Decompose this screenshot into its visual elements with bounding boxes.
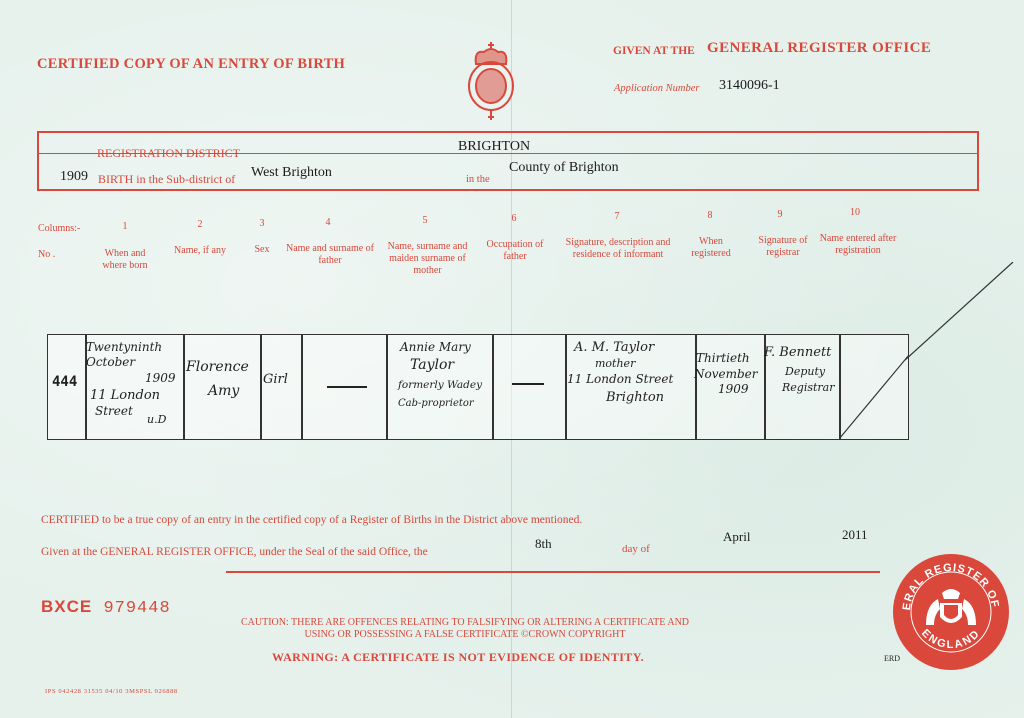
informant-address: 11 London Street bbox=[567, 372, 673, 387]
in-the-label: in the bbox=[466, 174, 490, 185]
informant-town: Brighton bbox=[606, 390, 664, 405]
columns-label: Columns:- bbox=[38, 223, 80, 234]
column-number-9: 9 bbox=[770, 209, 790, 220]
identity-warning: WARNING: A CERTIFICATE IS NOT EVIDENCE O… bbox=[272, 650, 644, 665]
certification-underline bbox=[226, 571, 880, 573]
child-sex: Girl bbox=[263, 372, 288, 387]
application-number-label: Application Number bbox=[614, 83, 699, 94]
column-number-6: 6 bbox=[504, 213, 524, 224]
column-heading-2: Name, if any bbox=[165, 245, 235, 257]
column-heading-6: Occupation of father bbox=[485, 239, 545, 263]
county: County of Brighton bbox=[509, 160, 619, 176]
column-number-8: 8 bbox=[700, 210, 720, 221]
serial-number: 979448 bbox=[103, 599, 170, 618]
column-heading-10: Name entered after registration bbox=[818, 233, 898, 257]
caution-notice: CAUTION: THERE ARE OFFENCES RELATING TO … bbox=[236, 617, 694, 641]
registered-year: 1909 bbox=[718, 382, 749, 397]
column-heading-5: Name, surname and maiden surname of moth… bbox=[380, 241, 475, 277]
certificate-serial: BXCE 979448 bbox=[41, 597, 171, 618]
registrar-title-line2: Registrar bbox=[782, 380, 835, 395]
birth-place-line1: 11 London bbox=[90, 388, 160, 403]
registration-year: 1909 bbox=[60, 169, 88, 185]
print-code: IPS 042428 31535 04/10 3MSPSL 026888 bbox=[45, 688, 178, 695]
subdistrict-label: BIRTH in the Sub-district of bbox=[98, 172, 235, 187]
column-number-1: 1 bbox=[115, 221, 135, 232]
informant-signature: A. M. Taylor bbox=[574, 340, 654, 355]
certification-month: April bbox=[723, 529, 750, 545]
registration-district-label: REGISTRATION DISTRICT bbox=[97, 146, 240, 161]
serial-prefix: BXCE bbox=[41, 597, 92, 616]
royal-crest-icon bbox=[460, 40, 522, 124]
column-number-2: 2 bbox=[190, 219, 210, 230]
general-register-office-seal-icon: GENERAL REGISTER OFFICE ENGLAND bbox=[892, 553, 1010, 671]
column-divider bbox=[301, 335, 303, 439]
registration-district: BRIGHTON bbox=[458, 139, 530, 155]
column-divider bbox=[260, 335, 262, 439]
child-middle-name: Amy bbox=[208, 384, 239, 399]
birth-place-note: u.D bbox=[147, 412, 166, 427]
initials: ERD bbox=[884, 654, 900, 663]
birth-date-month: October bbox=[86, 355, 135, 370]
certification-year: 2011 bbox=[842, 527, 868, 543]
no-label: No . bbox=[38, 249, 55, 260]
column-number-7: 7 bbox=[607, 211, 627, 222]
mother-name-line2: Taylor bbox=[410, 358, 454, 373]
column-divider bbox=[565, 335, 567, 439]
subdistrict: West Brighton bbox=[251, 165, 332, 181]
father-occupation-blank bbox=[512, 383, 544, 385]
given-at-label: GIVEN AT THE bbox=[613, 45, 695, 57]
column-divider bbox=[183, 335, 185, 439]
general-register-office-label: GENERAL REGISTER OFFICE bbox=[707, 40, 931, 57]
birth-place-line2: Street bbox=[95, 404, 133, 419]
column-heading-1: When and where born bbox=[95, 248, 155, 272]
column-number-3: 3 bbox=[252, 218, 272, 229]
application-number: 3140096-1 bbox=[719, 78, 780, 94]
father-name-blank bbox=[327, 386, 367, 388]
column-heading-8: When registered bbox=[688, 236, 734, 260]
column-number-10: 10 bbox=[845, 207, 865, 218]
certificate-title: CERTIFIED COPY OF AN ENTRY OF BIRTH bbox=[37, 56, 345, 73]
registered-day: Thirtieth bbox=[696, 351, 750, 366]
mother-occupation: Cab-proprietor bbox=[398, 396, 474, 411]
birth-date-year: 1909 bbox=[145, 371, 176, 386]
certification-day: 8th bbox=[535, 536, 552, 552]
column-number-5: 5 bbox=[415, 215, 435, 226]
column-heading-4: Name and surname of father bbox=[285, 243, 375, 267]
column-divider bbox=[386, 335, 388, 439]
column-divider bbox=[492, 335, 494, 439]
entry-number: 444 bbox=[52, 375, 77, 390]
mother-name-line1: Annie Mary bbox=[400, 340, 471, 355]
certification-line-1: CERTIFIED to be a true copy of an entry … bbox=[41, 514, 582, 526]
certification-line-2: Given at the GENERAL REGISTER OFFICE, un… bbox=[41, 546, 428, 558]
column-heading-3: Sex bbox=[247, 244, 277, 256]
day-of-label: day of bbox=[622, 543, 650, 555]
column-heading-9: Signature of registrar bbox=[748, 235, 818, 259]
informant-description: mother bbox=[595, 356, 635, 371]
column-heading-7: Signature, description and residence of … bbox=[558, 237, 678, 261]
column-number-4: 4 bbox=[318, 217, 338, 228]
registrar-title-line1: Deputy bbox=[785, 364, 825, 379]
child-first-name: Florence bbox=[186, 360, 249, 375]
registered-month: November bbox=[694, 367, 758, 382]
mother-maiden-name: formerly Wadey bbox=[398, 378, 482, 393]
cancel-stroke-icon bbox=[839, 335, 909, 439]
birth-date-day: Twentyninth bbox=[86, 340, 162, 355]
diagonal-stroke-icon bbox=[905, 262, 1015, 362]
registrar-signature: F. Bennett bbox=[764, 345, 831, 360]
